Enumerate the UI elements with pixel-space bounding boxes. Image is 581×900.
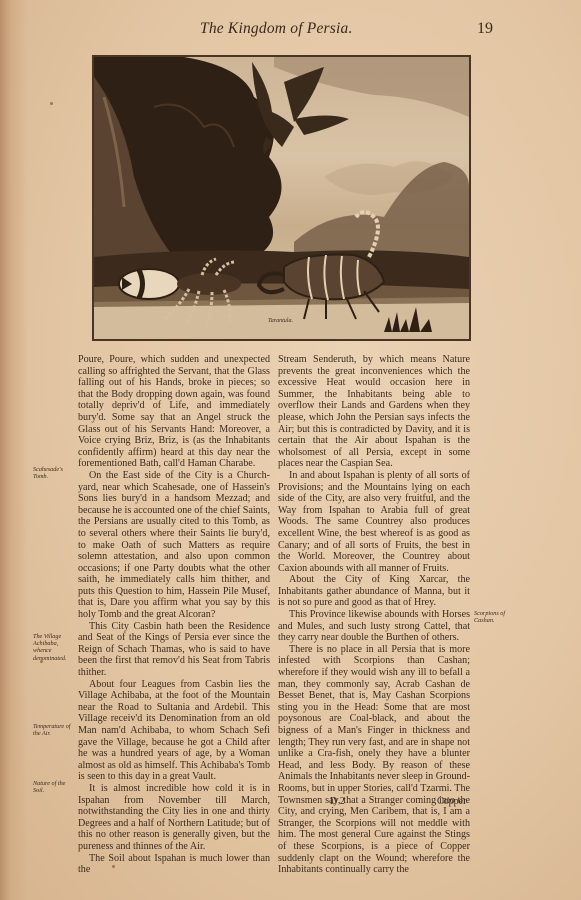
catchword: Copper <box>437 796 466 807</box>
foxing-spot <box>50 102 53 105</box>
foxing-spot <box>40 660 43 663</box>
book-page: The Kingdom of Persia. 19 <box>0 0 581 900</box>
margin-note-soil: Nature of the Soil. <box>33 780 69 794</box>
foxing-spot <box>112 865 115 868</box>
left-text-column: Poure, Poure, which sudden and unexpecte… <box>78 354 270 876</box>
paragraph: About four Leagues from Casbin lies the … <box>78 679 270 783</box>
margin-note-scahesade: Scahesade's Tomb. <box>33 466 73 480</box>
paragraph: On the East side of the City is a Church… <box>78 470 270 621</box>
running-head: The Kingdom of Persia. <box>200 20 353 38</box>
paragraph: This City Casbin hath been the Residence… <box>78 621 270 679</box>
paragraph: The Soil about Ispahan is much lower tha… <box>78 853 270 876</box>
margin-note-temperature: Temperature of the Air. <box>33 723 73 737</box>
signature-mark: D 2 <box>330 796 345 807</box>
page-number: 19 <box>477 20 493 38</box>
plate-caption: Tarantula. <box>268 318 293 324</box>
paragraph: About the City of King Xarcar, the Inhab… <box>278 574 470 609</box>
margin-note-achibaba: The Village Achibaba, whence denominated… <box>33 633 75 662</box>
paragraph: In and about Ispahan is plenty of all so… <box>278 470 470 574</box>
engraving-art <box>94 57 469 339</box>
paragraph: Stream Senderuth, by which means Nature … <box>278 354 470 470</box>
engraving-illustration: Tarantula. <box>92 55 471 341</box>
paragraph: There is no place in all Persia that is … <box>278 644 470 876</box>
paragraph: Poure, Poure, which sudden and unexpecte… <box>78 354 270 470</box>
paragraph: This Province likewise abounds with Hors… <box>278 609 470 644</box>
paragraph: It is almost incredible how cold it is i… <box>78 783 270 853</box>
margin-note-scorpions: Scorpions of Cashan. <box>474 610 522 624</box>
